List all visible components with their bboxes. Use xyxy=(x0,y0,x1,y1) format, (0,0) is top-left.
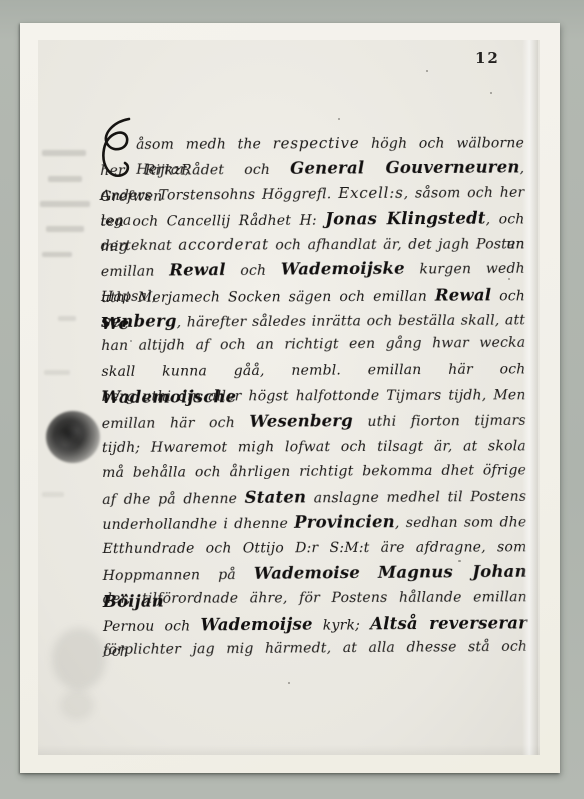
ink-blot xyxy=(46,411,100,463)
manuscript-word-segment: Pernou och xyxy=(103,618,201,635)
manuscript-word-segment: , härefter således inrätta och beställa … xyxy=(177,312,526,330)
manuscript-word-segment: Wademoijske xyxy=(281,259,405,279)
manuscript-word-segment: anslagne medhel til Postens xyxy=(306,489,526,507)
manuscript-word-segment: Provincien xyxy=(294,513,395,533)
manuscript-word-segment: Excell:s xyxy=(338,183,404,202)
bleedthrough-mark xyxy=(44,370,70,375)
dust-speck xyxy=(458,560,461,562)
manuscript-word-segment: Wademoise xyxy=(254,563,360,583)
manuscript-word-segment: må behålla och åhrligen richtigt bekomma… xyxy=(102,462,526,481)
margin-smudge xyxy=(60,690,94,720)
dust-speck xyxy=(130,340,132,342)
manuscript-line: förplichter jag mig härmedt, at alla dhe… xyxy=(103,635,527,664)
page-number: 12 xyxy=(475,49,500,67)
bleedthrough-mark xyxy=(46,226,84,232)
manuscript-word-segment: emillan här och xyxy=(102,415,250,432)
manuscript-word-segment: kyrk; xyxy=(313,617,371,633)
manuscript-word-segment: uthi Merjamech Socken sägen och emillan xyxy=(101,288,435,305)
manuscript-word-segment: General Gouverneuren xyxy=(290,158,520,178)
manuscript-word-segment: Wesenberg xyxy=(249,411,353,431)
manuscript-word-segment: åsom medh the xyxy=(136,136,273,153)
manuscript-line: ten och Cancellij Rådhet H: Jonas Klings… xyxy=(100,205,524,233)
manuscript-word-segment: accorderat xyxy=(178,235,269,253)
manuscript-word-segment: skall kunna gåå, nembl. emillan här och xyxy=(101,361,525,380)
manuscript-line: emillan Rewal och Wademoijske kurgen wed… xyxy=(101,255,525,284)
manuscript-word-segment: derteknat xyxy=(101,238,179,254)
manuscript-line: Etthundrade och Ottijo D:r S:M:t äre afd… xyxy=(102,535,526,562)
manuscript-line: uthi Merjamech Socken sägen och emillan … xyxy=(101,282,525,309)
photograph: 12 åsom medh the respective högh och wäl… xyxy=(20,23,560,773)
manuscript-word-segment: Altså reverserar xyxy=(370,613,527,633)
manuscript-line: Pernou och Wademoijse kyrk; Altså revers… xyxy=(103,610,527,638)
manuscript-line: må behålla och åhrligen richtigt bekomma… xyxy=(102,458,526,486)
manuscript-word-segment: Jonas Klingstedt xyxy=(325,209,486,229)
manuscript-word-segment: underhollandhe i dhenne xyxy=(102,516,294,533)
manuscript-line: Hoppmannen på Wademoise Magnus Johan Böi… xyxy=(103,559,527,588)
manuscript-word-segment xyxy=(360,566,378,582)
manuscript-line: skall kunna gåå, nembl. emillan här och … xyxy=(101,357,525,385)
manuscript-word-segment: Staten xyxy=(245,488,307,507)
dust-speck xyxy=(508,278,510,280)
manuscript-word-segment: tijdh; Hwaremot migh lofwat och tilsagt … xyxy=(102,438,526,456)
manuscript-page: 12 åsom medh the respective högh och wäl… xyxy=(38,40,540,755)
manuscript-line: Anders Torstensohns Höggrefl. Excell:s, … xyxy=(100,179,524,208)
manuscript-word-segment: berg uthi din aller högst halfottonde Ti… xyxy=(102,387,526,405)
bleedthrough-mark xyxy=(42,150,86,156)
manuscript-word-segment: her RijkzRådet och xyxy=(100,162,290,179)
bleedthrough-mark xyxy=(58,316,76,321)
manuscript-line: åsom medh the respective högh och wälbor… xyxy=(100,130,524,157)
manuscript-word-segment: och afhandlat är, det jagh Posten xyxy=(269,236,525,253)
dust-speck xyxy=(490,92,492,94)
manuscript-text: åsom medh the respective högh och wälbor… xyxy=(100,129,527,663)
manuscript-line: underhollandhe i dhenne Provincien, sedh… xyxy=(102,509,526,537)
manuscript-word-segment: We xyxy=(101,314,129,333)
dust-speck xyxy=(426,70,428,72)
manuscript-word-segment: uthi fiorton tijmars xyxy=(353,413,526,430)
manuscript-word-segment: , sedhan som dhe xyxy=(395,515,527,532)
manuscript-word-segment: Rewal xyxy=(435,285,491,304)
manuscript-line: han altijdh af och an richtigt een gång … xyxy=(101,331,525,360)
manuscript-word-segment: Hoppmannen på xyxy=(103,567,254,584)
bleedthrough-mark xyxy=(42,252,72,257)
manuscript-word-segment: Anders Torstensohns Höggrefl. xyxy=(100,186,338,204)
manuscript-word-segment: der, tilförordnade ähre, för Postens hål… xyxy=(103,590,527,608)
manuscript-word-segment: emillan xyxy=(101,264,170,281)
manuscript-word-segment: han altijdh af och an richtigt een gång … xyxy=(101,335,525,354)
manuscript-word-segment: och xyxy=(491,288,525,304)
bleedthrough-mark xyxy=(40,201,90,207)
manuscript-line: af dhe på dhenne Staten anslagne medhel … xyxy=(102,483,526,512)
manuscript-word-segment: ten och Cancellij Rådhet H: xyxy=(101,213,326,230)
margin-smudge xyxy=(52,628,106,690)
manuscript-word-segment: af dhe på dhenne xyxy=(102,491,245,508)
manuscript-word-segment: Etthundrade och Ottijo D:r S:M:t äre afd… xyxy=(103,539,527,557)
dust-speck xyxy=(338,118,340,120)
manuscript-word-segment: Rewal xyxy=(169,260,226,279)
dust-speck xyxy=(288,682,290,684)
manuscript-line: der, tilförordnade ähre, för Postens hål… xyxy=(103,586,527,613)
manuscript-word-segment: förplichter jag mig härmedt, at alla dhe… xyxy=(103,639,527,658)
manuscript-word-segment: Wademoijse xyxy=(200,614,312,634)
manuscript-word-segment: och xyxy=(226,263,281,279)
manuscript-word-segment: respective xyxy=(273,134,360,152)
manuscript-line: tijdh; Hwaremot migh lofwat och tilsagt … xyxy=(102,434,526,461)
manuscript-line: emillan här och Wesenberg uthi fiorton t… xyxy=(102,407,526,436)
bleedthrough-mark xyxy=(48,176,82,182)
photo-mount: 12 åsom medh the respective högh och wäl… xyxy=(0,0,584,799)
bleedthrough-mark xyxy=(42,492,64,497)
